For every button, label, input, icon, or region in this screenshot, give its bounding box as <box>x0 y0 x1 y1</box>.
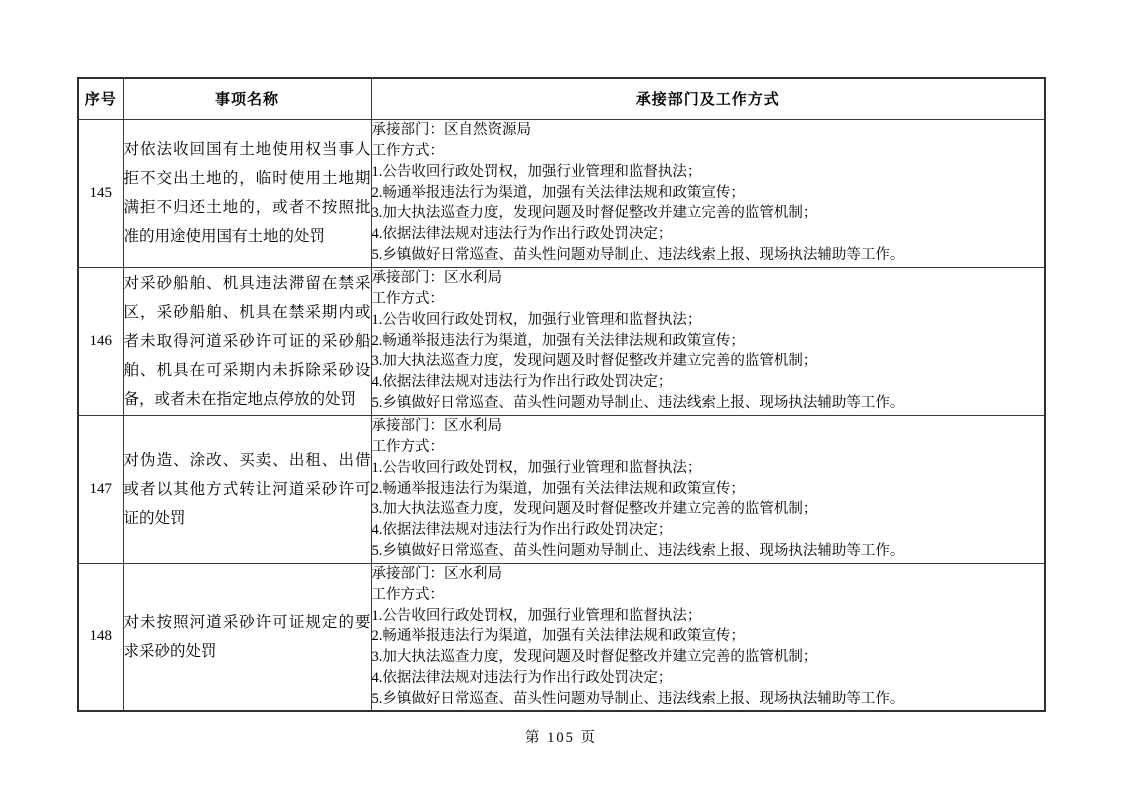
method-line: 4.依据法律法规对违法行为作出行政处罚决定； <box>372 668 1045 689</box>
item-name: 对依法收回国有土地使用权当事人拒不交出土地的，临时使用土地期满拒不归还土地的，或… <box>123 119 371 267</box>
row-number: 146 <box>78 267 123 415</box>
item-name: 对采砂船舶、机具违法滞留在禁采区，采砂船舶、机具在禁采期内或者未取得河道采砂许可… <box>123 267 371 415</box>
item-name: 对伪造、涂改、买卖、出租、出借或者以其他方式转让河道采砂许可证的处罚 <box>123 415 371 563</box>
method-line: 2.畅通举报违法行为渠道，加强有关法律法规和政策宣传； <box>372 331 1045 352</box>
method-line: 3.加大执法巡查力度，发现问题及时督促整改并建立完善的监管机制； <box>372 351 1045 372</box>
method-line: 5.乡镇做好日常巡查、苗头性问题劝导制止、违法线索上报、现场执法辅助等工作。 <box>372 245 1045 266</box>
method-line: 2.畅通举报违法行为渠道，加强有关法律法规和政策宣传； <box>372 479 1045 500</box>
method-line: 4.依据法律法规对违法行为作出行政处罚决定； <box>372 224 1045 245</box>
item-name: 对未按照河道采砂许可证规定的要求采砂的处罚 <box>123 563 371 711</box>
department-and-method-cell: 承接部门：区水利局 工作方式： 1.公告收回行政处罚权，加强行业管理和监督执法；… <box>371 563 1045 711</box>
document-page: 序号 事项名称 承接部门及工作方式 145 对依法收回国有土地使用权当事人拒不交… <box>0 0 1122 793</box>
department-line: 承接部门：区水利局 <box>372 268 1045 289</box>
header-no: 序号 <box>78 78 123 119</box>
page-number: 第 105 页 <box>0 726 1122 747</box>
method-line: 1.公告收回行政处罚权，加强行业管理和监督执法； <box>372 606 1045 627</box>
method-title-line: 工作方式： <box>372 141 1045 162</box>
method-line: 2.畅通举报违法行为渠道，加强有关法律法规和政策宣传； <box>372 626 1045 647</box>
method-line: 5.乡镇做好日常巡查、苗头性问题劝导制止、违法线索上报、现场执法辅助等工作。 <box>372 541 1045 562</box>
table-row: 147 对伪造、涂改、买卖、出租、出借或者以其他方式转让河道采砂许可证的处罚 承… <box>78 415 1045 563</box>
department-and-method-cell: 承接部门：区自然资源局 工作方式： 1.公告收回行政处罚权，加强行业管理和监督执… <box>371 119 1045 267</box>
department-line: 承接部门：区水利局 <box>372 564 1045 585</box>
row-number: 148 <box>78 563 123 711</box>
method-line: 3.加大执法巡查力度，发现问题及时督促整改并建立完善的监管机制； <box>372 499 1045 520</box>
table-header-row: 序号 事项名称 承接部门及工作方式 <box>78 78 1045 119</box>
table-row: 145 对依法收回国有土地使用权当事人拒不交出土地的，临时使用土地期满拒不归还土… <box>78 119 1045 267</box>
header-item-name: 事项名称 <box>123 78 371 119</box>
method-line: 4.依据法律法规对违法行为作出行政处罚决定； <box>372 520 1045 541</box>
method-line: 3.加大执法巡查力度，发现问题及时督促整改并建立完善的监管机制； <box>372 203 1045 224</box>
method-line: 2.畅通举报违法行为渠道，加强有关法律法规和政策宣传； <box>372 183 1045 204</box>
method-title-line: 工作方式： <box>372 585 1045 606</box>
method-line: 1.公告收回行政处罚权，加强行业管理和监督执法； <box>372 458 1045 479</box>
table-row: 146 对采砂船舶、机具违法滞留在禁采区，采砂船舶、机具在禁采期内或者未取得河道… <box>78 267 1045 415</box>
method-line: 3.加大执法巡查力度，发现问题及时督促整改并建立完善的监管机制； <box>372 647 1045 668</box>
items-table: 序号 事项名称 承接部门及工作方式 145 对依法收回国有土地使用权当事人拒不交… <box>77 77 1046 712</box>
row-number: 147 <box>78 415 123 563</box>
method-line: 5.乡镇做好日常巡查、苗头性问题劝导制止、违法线索上报、现场执法辅助等工作。 <box>372 393 1045 414</box>
method-line: 5.乡镇做好日常巡查、苗头性问题劝导制止、违法线索上报、现场执法辅助等工作。 <box>372 689 1045 710</box>
department-and-method-cell: 承接部门：区水利局 工作方式： 1.公告收回行政处罚权，加强行业管理和监督执法；… <box>371 267 1045 415</box>
method-title-line: 工作方式： <box>372 289 1045 310</box>
method-line: 1.公告收回行政处罚权，加强行业管理和监督执法； <box>372 162 1045 183</box>
department-line: 承接部门：区自然资源局 <box>372 120 1045 141</box>
department-line: 承接部门：区水利局 <box>372 416 1045 437</box>
header-department-method: 承接部门及工作方式 <box>371 78 1045 119</box>
department-and-method-cell: 承接部门：区水利局 工作方式： 1.公告收回行政处罚权，加强行业管理和监督执法；… <box>371 415 1045 563</box>
method-line: 1.公告收回行政处罚权，加强行业管理和监督执法； <box>372 310 1045 331</box>
method-line: 4.依据法律法规对违法行为作出行政处罚决定； <box>372 372 1045 393</box>
method-title-line: 工作方式： <box>372 437 1045 458</box>
table-row: 148 对未按照河道采砂许可证规定的要求采砂的处罚 承接部门：区水利局 工作方式… <box>78 563 1045 711</box>
row-number: 145 <box>78 119 123 267</box>
